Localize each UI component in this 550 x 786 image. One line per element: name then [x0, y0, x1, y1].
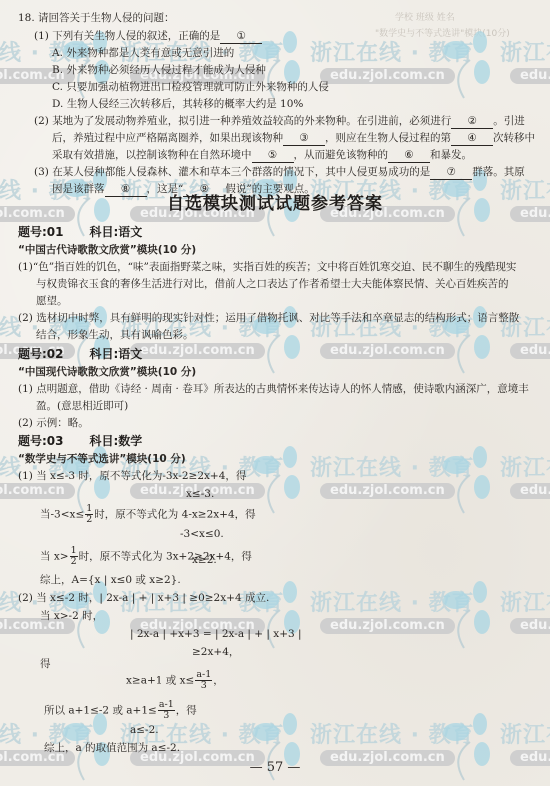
math-line: ≥2x+4， — [192, 644, 239, 660]
math-line: 得 — [40, 656, 51, 672]
math-result: a≤-2. — [130, 722, 159, 738]
q18-part1-stem: (1) 下列有关生物人侵的叙述，正确的是① — [34, 28, 262, 44]
text: 采取有效措施，以控制该物种在自然环境中 — [52, 149, 252, 161]
fraction: a-13 — [195, 670, 212, 691]
stem-text: (1) 下列有关生物人侵的叙述，正确的是 — [34, 30, 220, 42]
option-a: A. 外来物种都是人类有意或无意引进的 — [52, 45, 234, 61]
question-number: 题号:03 — [18, 434, 64, 448]
answer-blank-5: ⑤ — [252, 149, 294, 163]
text: 当 x> — [40, 551, 69, 563]
text: 时，原不等式化为 3x+2≥2x+4，得 — [79, 551, 252, 563]
option-b: B. 外来物种必须经历人侵过程才能成为人侵种 — [52, 62, 266, 78]
math-line: 综上，a 的取值范围为 a≤-2. — [44, 740, 180, 756]
math-line: (1) 当 x≤-3 时，原不等式化为-3x-2≥2x+4，得 — [18, 468, 246, 484]
answer-blank-8: ⑧ — [105, 183, 147, 197]
answer-01-line: 与权贵锦衣玉食的奢侈生活进行对比，借前人之口表达了作者希望士大夫能体察民情、关心… — [36, 276, 509, 292]
text: 。引进 — [493, 115, 525, 127]
answer-01-header: 题号:01科目:语文 — [18, 224, 142, 240]
text: (2) 某地为了发展动物养殖业，拟引进一种养殖效益较高的外来物种。在引进前，必须… — [34, 115, 451, 127]
option-d: D. 生物人侵经三次转移后，其转移的概率大约是 10% — [52, 96, 303, 112]
answer-03-header: 题号:03科目:数学 — [18, 433, 142, 449]
text: (3) 在某人侵种都能人侵森林、灌木和草本三个群落的情况下，其中人侵更易成功的是 — [34, 166, 430, 178]
answer-02-line: (1) 点明题意，借助《诗经 · 周南 · 卷耳》所表达的古典情怀来传达诗人的怀… — [18, 381, 529, 397]
fraction: a-13 — [158, 700, 175, 721]
math-line: 当 x>12时，原不等式化为 3x+2≥2x+4，得 — [40, 546, 252, 567]
denominator: 2 — [85, 515, 93, 525]
answer-02-line: (2) 示例：略。 — [18, 415, 89, 431]
page-number: — 57 — — [0, 760, 550, 776]
text: 当-3<x≤ — [40, 509, 84, 521]
math-result: x≤-3. — [186, 486, 214, 502]
text: 所以 a+1≤-2 或 a+1≤ — [44, 705, 157, 717]
section-title: 自选模块测试试题参考答案 — [0, 196, 550, 212]
text: 群落。其原 — [472, 166, 525, 178]
subject: 科目:语文 — [90, 225, 143, 239]
math-line: 综上，A={x | x≤0 或 x≥2}. — [40, 572, 181, 588]
math-result: x≥2. — [192, 552, 217, 568]
q18-part2-line1: (2) 某地为了发展动物养殖业，拟引进一种养殖效益较高的外来物种。在引进前，必须… — [34, 113, 525, 129]
answer-blank-2: ② — [451, 115, 493, 129]
math-line: 当-3<x≤12时，原不等式化为 4-x≥2x+4，得 — [40, 504, 256, 525]
text: ， — [213, 675, 224, 687]
fraction: 12 — [70, 546, 78, 567]
subject: 科目:数学 — [90, 434, 143, 448]
answer-02-line: 盈。(意思相近即可) — [36, 398, 128, 414]
q18-part2-line2: 后，养殖过程中应严格隔离圈养，如果出现该物种③，则应在生物人侵过程的第④次转移中 — [52, 130, 535, 146]
question-number: 题号:01 — [18, 225, 64, 239]
answer-01-line: 结合，形象生动，具有讽喻色彩。 — [36, 327, 194, 343]
math-line: 当 x>-2 时， — [40, 608, 103, 624]
math-result: -3<x≤0. — [180, 526, 224, 542]
answer-03-module: “数学史与不等式选讲”模块(10 分) — [18, 451, 186, 467]
text: 后，养殖过程中应严格隔离圈养，如果出现该物种 — [52, 132, 283, 144]
answer-blank-4: ④ — [451, 132, 493, 146]
answer-02-header: 题号:02科目:语文 — [18, 346, 142, 362]
text: 次转移中 — [493, 132, 535, 144]
text: ，则应在生物人侵过程的第 — [325, 132, 451, 144]
text: 和暴发。 — [430, 149, 472, 161]
denominator: 2 — [70, 557, 78, 567]
answer-02-module: “中国现代诗歌散文欣赏”模块(10 分) — [18, 364, 196, 380]
text: ，从而避免该物种的 — [294, 149, 389, 161]
answer-01-module: “中国古代诗歌散文欣赏”模块(10 分) — [18, 242, 196, 258]
text: 时，原不等式化为 4-x≥2x+4，得 — [94, 509, 255, 521]
denominator: 3 — [158, 711, 175, 721]
q18-part2-line3: 采取有效措施，以控制该物种在自然环境中⑤，从而避免该物种的⑥和暴发。 — [52, 147, 472, 163]
math-line: (2) 当 x≤-2 时，| 2x-a | + | x+3 | ≥0≥2x+4 … — [18, 590, 269, 606]
question-number: 题号:02 — [18, 347, 64, 361]
math-line: | 2x-a | +x+3 = | 2x-a | + | x+3 | — [130, 626, 302, 642]
question-18-title: 18. 请回答关于生物人侵的问题： — [18, 10, 175, 26]
answer-blank-1: ① — [220, 30, 262, 44]
fraction: 12 — [85, 504, 93, 525]
denominator: 3 — [195, 681, 212, 691]
text: 因是该群落 — [52, 183, 105, 195]
q18-part3-line1: (3) 在某人侵种都能人侵森林、灌木和草本三个群落的情况下，其中人侵更易成功的是… — [34, 164, 525, 180]
answer-blank-6: ⑥ — [388, 149, 430, 163]
text: ，得 — [176, 705, 197, 717]
answer-01-line: (1)“色”指百姓的饥色，“味”表面指野菜之味，实指百姓的疾苦；文中将百姓饥寒交… — [18, 259, 516, 275]
text: x≥a+1 或 x≤ — [126, 675, 194, 687]
answer-01-line: 愿望。 — [36, 293, 68, 309]
math-line: 所以 a+1≤-2 或 a+1≤a-13，得 — [44, 700, 197, 721]
subject: 科目:语文 — [90, 347, 143, 361]
answer-blank-3: ③ — [283, 132, 325, 146]
document-content: 18. 请回答关于生物人侵的问题： (1) 下列有关生物人侵的叙述，正确的是① … — [0, 0, 550, 786]
option-c: C. 只要加强动植物进出口检疫管理就可防止外来物种的人侵 — [52, 79, 329, 95]
math-line: x≥a+1 或 x≤a-13， — [126, 670, 224, 691]
answer-blank-7: ⑦ — [430, 166, 472, 180]
answer-01-line: (2) 选材切中时弊，具有鲜明的现实针对性；运用了借物托讽、对比等手法和卒章显志… — [18, 310, 519, 326]
